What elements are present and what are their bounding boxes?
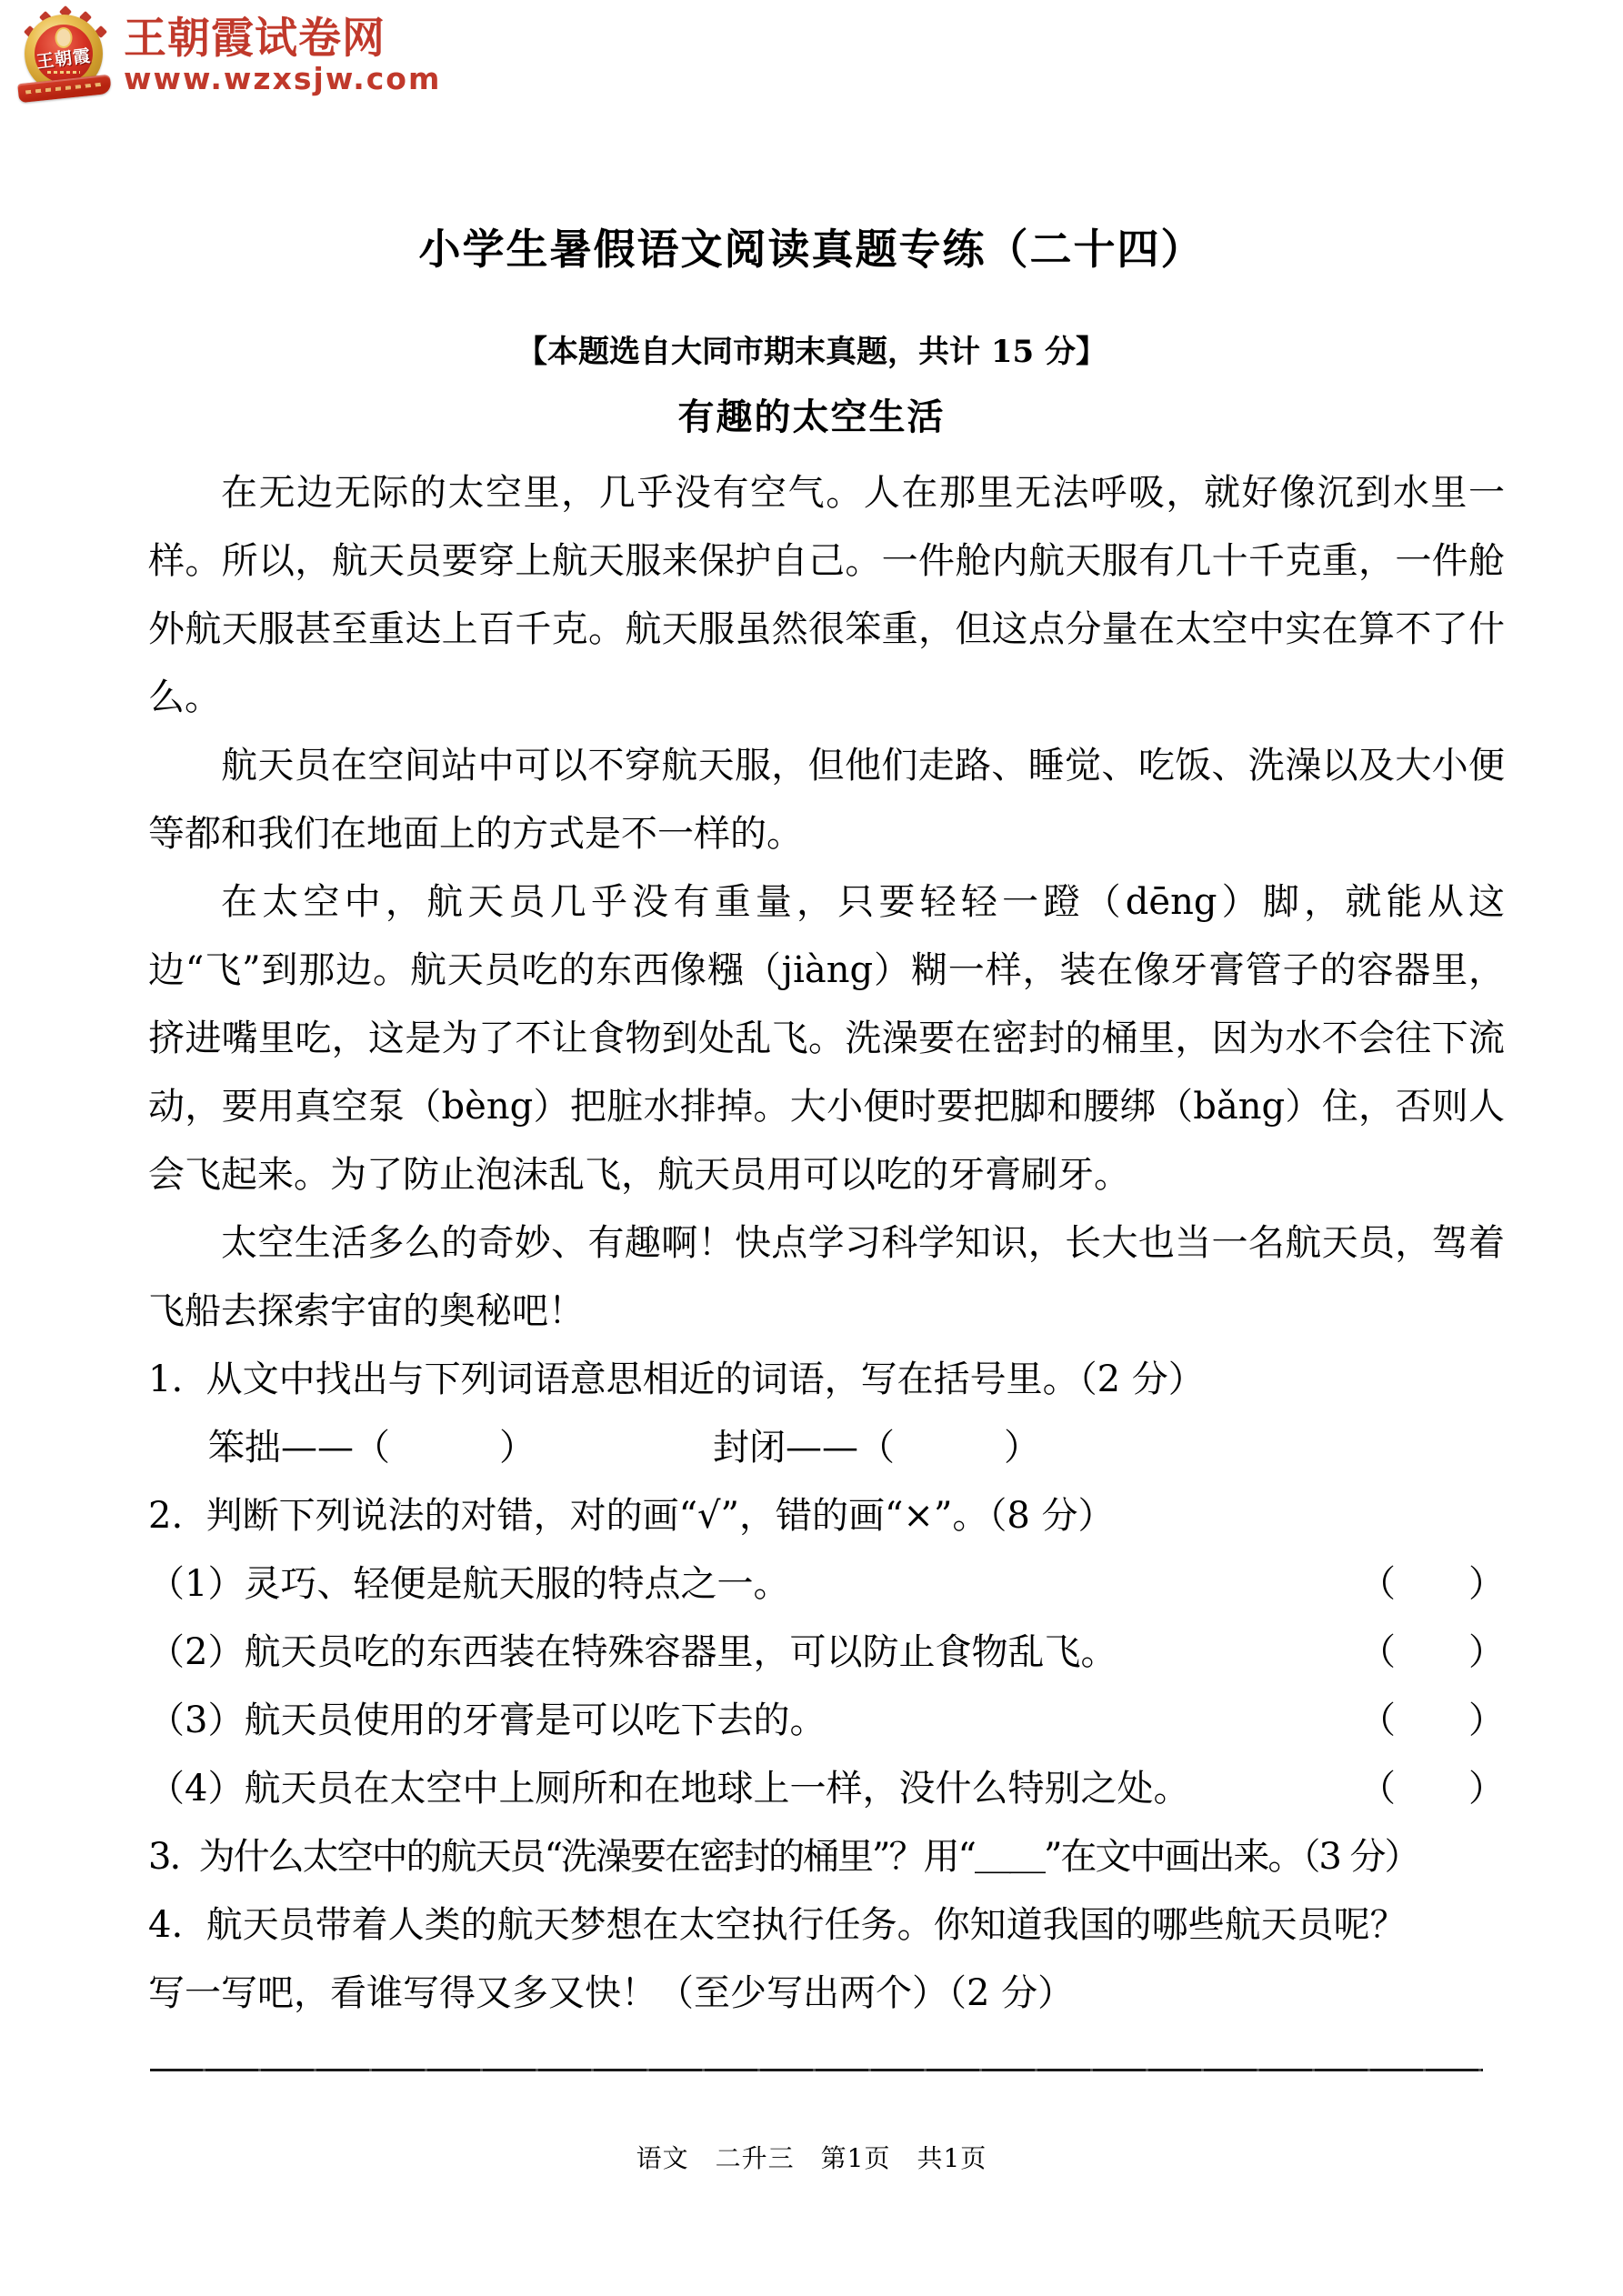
footer-divider: [150, 2069, 1483, 2071]
question-1: 1. 从文中找出与下列词语意思相近的词语，写在括号里。（2 分）: [148, 1346, 1505, 1414]
question-2: 2. 判断下列说法的对错，对的画“√”，错的画“×”。（8 分）: [148, 1482, 1505, 1550]
brand-text-block: 王朝霞试卷网 www.wzxsjw.com: [124, 5, 441, 100]
medal-subtext-ornament: [47, 71, 80, 74]
item-text: （3）航天员使用的牙膏是可以吃下去的。: [148, 1687, 826, 1755]
site-logo: 王朝霞 王朝霞试卷网 www.wzxsjw.com: [22, 5, 441, 100]
brand-medal-icon: 王朝霞: [22, 5, 109, 100]
exam-sheet-page: 王朝霞 王朝霞试卷网 www.wzxsjw.com 小学生暑假语文阅读真题专练（…: [0, 0, 1623, 2296]
item-text: （1）灵巧、轻便是航天服的特点之一。: [148, 1550, 789, 1619]
medal-red-center: 王朝霞: [35, 25, 93, 83]
passage-paragraph: 太空生活多么的奇妙、有趣啊！快点学习科学知识，长大也当一名航天员，驾着飞船去探索…: [148, 1209, 1505, 1346]
source-note: 【本题选自大同市期末真题，共计 15 分】: [0, 326, 1623, 371]
true-false-item: （1）灵巧、轻便是航天服的特点之一。 （ ）: [148, 1550, 1505, 1619]
synonym-blank-benzhuo: 笨拙——（ ）: [208, 1414, 536, 1482]
question-4-line-2: 写一写吧，看谁写得又多又快！（至少写出两个）（2 分）: [148, 1960, 1505, 2028]
item-text: （4）航天员在太空中上厕所和在地球上一样，没什么特别之处。: [148, 1755, 1189, 1823]
answer-parentheses: （ ）: [1359, 1619, 1505, 1687]
brand-name: 王朝霞试卷网: [124, 16, 441, 61]
true-false-item: （4）航天员在太空中上厕所和在地球上一样，没什么特别之处。 （ ）: [148, 1755, 1505, 1823]
brand-url: www.wzxsjw.com: [124, 64, 441, 94]
true-false-item: （3）航天员使用的牙膏是可以吃下去的。 （ ）: [148, 1687, 1505, 1755]
passage-title: 有趣的太空生活: [0, 388, 1623, 440]
item-text: （2）航天员吃的东西装在特殊容器里，可以防止食物乱飞。: [148, 1619, 1117, 1687]
answer-parentheses: （ ）: [1359, 1550, 1505, 1619]
passage-and-questions: 在无边无际的太空里，几乎没有空气。人在那里无法呼吸，就好像沉到水里一样。所以，航…: [148, 459, 1505, 2028]
answer-parentheses: （ ）: [1359, 1687, 1505, 1755]
ribbon-icon: [17, 75, 112, 104]
passage-paragraph: 在太空中，航天员几乎没有重量，只要轻轻一蹬（dēng）脚，就能从这边“飞”到那边…: [148, 868, 1505, 1209]
question-3: 3. 为什么太空中的航天员“洗澡要在密封的桶里”？用“＿＿”在文中画出来。（3 …: [148, 1823, 1505, 1891]
page-title: 小学生暑假语文阅读真题专练（二十四）: [0, 216, 1623, 276]
passage-paragraph: 在无边无际的太空里，几乎没有空气。人在那里无法呼吸，就好像沉到水里一样。所以，航…: [148, 459, 1505, 732]
synonym-blank-fengbi: 封闭——（ ）: [713, 1414, 1040, 1482]
passage-paragraph: 航天员在空间站中可以不穿航天服，但他们走路、睡觉、吃饭、洗澡以及大小便等都和我们…: [148, 732, 1505, 868]
true-false-item: （2）航天员吃的东西装在特殊容器里，可以防止食物乱飞。 （ ）: [148, 1619, 1505, 1687]
question-1-blanks: 笨拙——（ ） 封闭——（ ）: [148, 1414, 1505, 1482]
medal-badge-text: 王朝霞: [35, 42, 93, 73]
page-footer: 语文 二升三 第1页 共1页: [0, 2139, 1623, 2175]
answer-parentheses: （ ）: [1359, 1755, 1505, 1823]
question-4-line-1: 4. 航天员带着人类的航天梦想在太空执行任务。你知道我国的哪些航天员呢？: [148, 1891, 1505, 1960]
